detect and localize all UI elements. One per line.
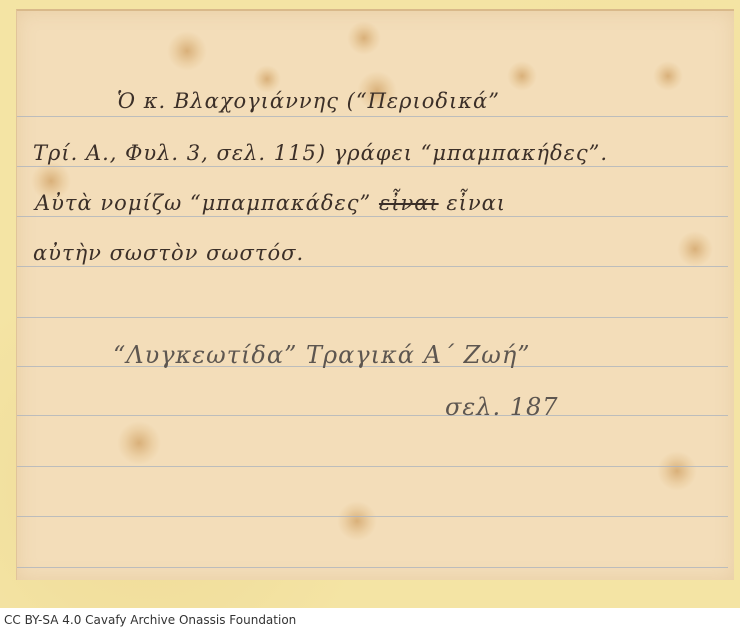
ruled-line <box>17 567 728 568</box>
ruled-line <box>17 415 728 416</box>
stain <box>677 231 713 267</box>
stain <box>657 451 697 491</box>
stain <box>117 421 161 465</box>
ink-line-3: Αὐτὰ νομίζω “μπαμπακάδες” εἶναι εἶναι <box>35 191 506 215</box>
ink-line-1: Ὁ κ. Βλαχογιάννης (“Περιοδικά” <box>117 89 500 113</box>
index-card: Ὁ κ. Βλαχογιάννης (“Περιοδικά” Τρί. Α., … <box>16 9 734 580</box>
stain <box>347 21 381 55</box>
ink-line-3-text: Αὐτὰ νομίζω “μπαμπακάδες” <box>35 191 371 215</box>
ink-line-3-end: εἶναι <box>446 191 506 215</box>
ruled-line <box>17 466 728 467</box>
ruled-line <box>17 166 728 167</box>
stain <box>167 31 207 71</box>
ink-line-2: Τρί. Α., Φυλ. 3, σελ. 115) γράφει “μπαμπ… <box>33 141 608 165</box>
ink-line-4: αὐτὴν σωστὸν σωστόσ. <box>33 241 304 265</box>
struck-word: εἶναι <box>379 191 439 215</box>
ruled-line <box>17 516 728 517</box>
ruled-line <box>17 317 728 318</box>
ruled-line <box>17 116 728 117</box>
pencil-line-1: “Λυγκεωτίδα” Τραγικά Α΄ Ζωή” <box>113 341 530 369</box>
pencil-line-2: σελ. 187 <box>445 393 559 421</box>
stain <box>507 61 537 91</box>
license-credit: CC BY-SA 4.0 Cavafy Archive Onassis Foun… <box>4 610 296 630</box>
ruled-line <box>17 266 728 267</box>
scanned-document: Ὁ κ. Βλαχογιάννης (“Περιοδικά” Τρί. Α., … <box>0 0 740 608</box>
stain <box>653 61 683 91</box>
ruled-line <box>17 216 728 217</box>
stain <box>337 501 377 541</box>
